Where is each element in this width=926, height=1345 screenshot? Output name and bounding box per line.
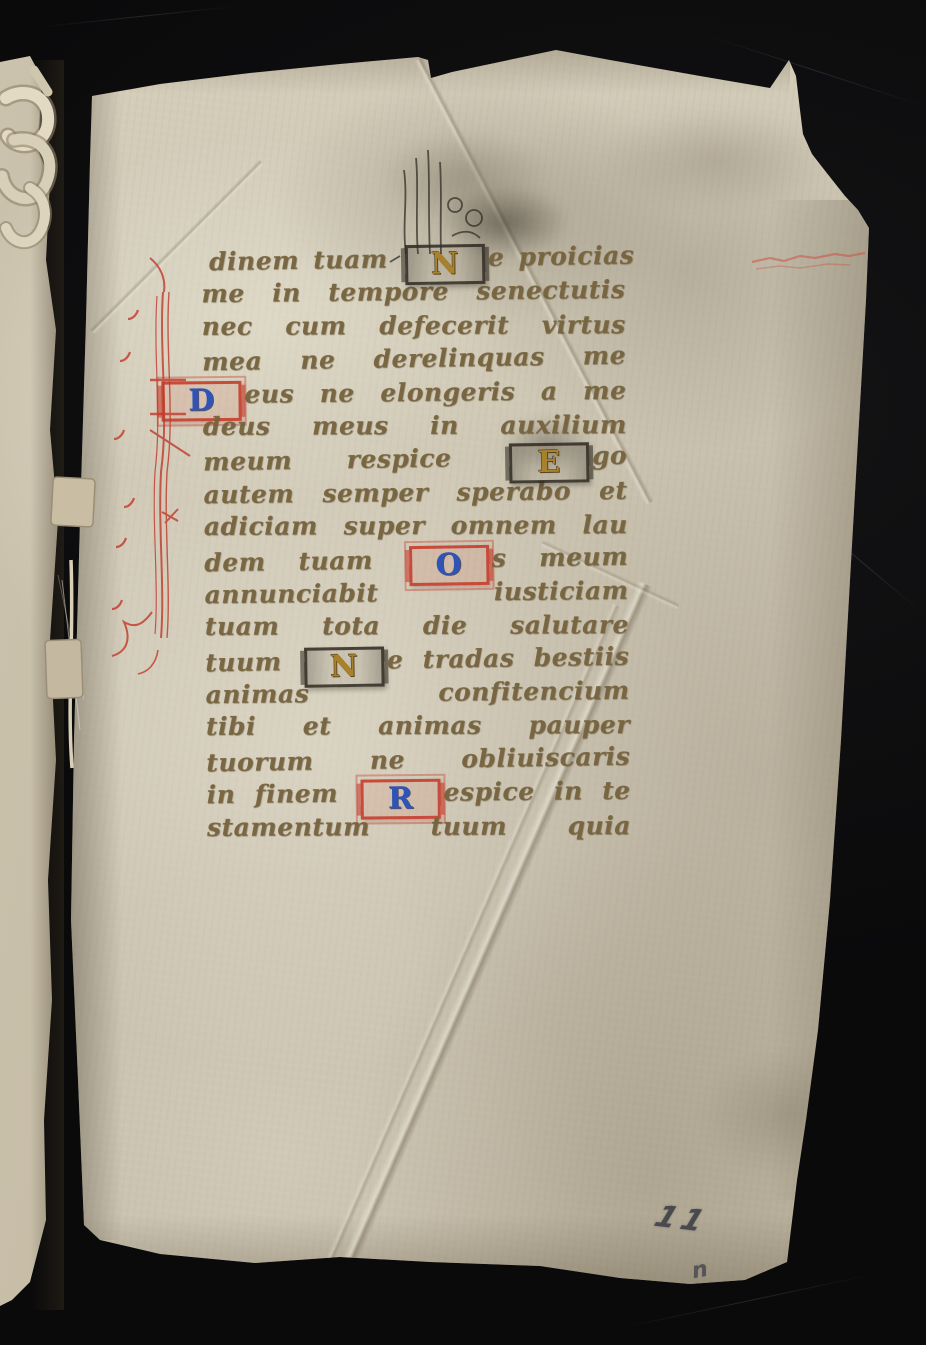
manuscript-line: dem tuam Os meum <box>204 539 628 579</box>
manuscript-line: animas confitencium <box>205 674 629 712</box>
photograph-background: dinem tuam Ne proiciasme in tempore sene… <box>0 0 926 1345</box>
line-text: animas confitencium <box>205 676 629 709</box>
manuscript-line: meum respice Ego <box>203 439 627 479</box>
line-text: e proicias <box>488 241 635 272</box>
manuscript-line: tibi et animas pauper <box>206 709 630 744</box>
top-edge-shade <box>90 48 790 94</box>
manuscript-line: stamentum tuum quia <box>207 809 631 844</box>
line-text: dem tuam <box>204 545 406 577</box>
gutter-shadow <box>70 90 122 1240</box>
line-text: s meum <box>491 541 628 572</box>
illuminated-initial-o: O <box>408 544 489 585</box>
stain <box>600 110 830 210</box>
line-text: adiciam super omnem lau <box>204 510 628 541</box>
line-text: in finem <box>206 779 357 810</box>
line-text: espice in te <box>443 776 630 807</box>
manuscript-line: mea ne derelinquas me <box>202 339 626 379</box>
line-text: go <box>592 441 628 471</box>
line-text: e tradas bestiis <box>387 641 630 674</box>
manuscript-line: tuorum ne obliuiscaris <box>206 740 630 780</box>
manuscript-line: adiciam super omnem lau <box>204 508 628 543</box>
manuscript-leaf: dinem tuam Ne proiciasme in tempore sene… <box>0 0 926 1345</box>
manuscript-line: in finem Respice in te <box>206 774 630 812</box>
line-text: tuam tota die salutare <box>205 610 629 641</box>
line-text: meum respice <box>203 443 506 477</box>
stain <box>380 130 550 225</box>
background-scratch <box>40 6 239 28</box>
line-text: tuorum ne obliuiscaris <box>206 742 630 778</box>
line-text: eus ne elongeris a me <box>244 375 626 408</box>
manuscript-line: deus meus in auxilium <box>203 408 627 443</box>
line-text: stamentum tuum quia <box>207 811 631 842</box>
manuscript-line: dinem tuam Ne proicias <box>201 239 625 279</box>
stain <box>700 1050 880 1180</box>
line-text: tibi et animas pauper <box>206 711 630 742</box>
line-text: deus meus in auxilium <box>203 410 627 441</box>
line-text: nec cum defecerit virtus <box>202 310 626 341</box>
illuminated-initial-e: E <box>509 443 590 484</box>
binding-stub-shade <box>30 60 64 1310</box>
manuscript-line: tuum Ne tradas bestiis <box>205 639 629 679</box>
line-text: mea ne derelinquas me <box>202 341 626 377</box>
line-text: tuum <box>205 647 301 677</box>
illuminated-initial-n: N <box>405 244 486 285</box>
line-text: dinem tuam <box>209 244 402 276</box>
text-block: dinem tuam Ne proiciasme in tempore sene… <box>201 240 631 845</box>
manuscript-line: nec cum defecerit virtus <box>202 308 626 343</box>
illuminated-initial-n: N <box>304 646 385 687</box>
manuscript-line: tuam tota die salutare <box>205 608 629 643</box>
manuscript-line: Deus ne elongeris a me <box>158 373 626 411</box>
